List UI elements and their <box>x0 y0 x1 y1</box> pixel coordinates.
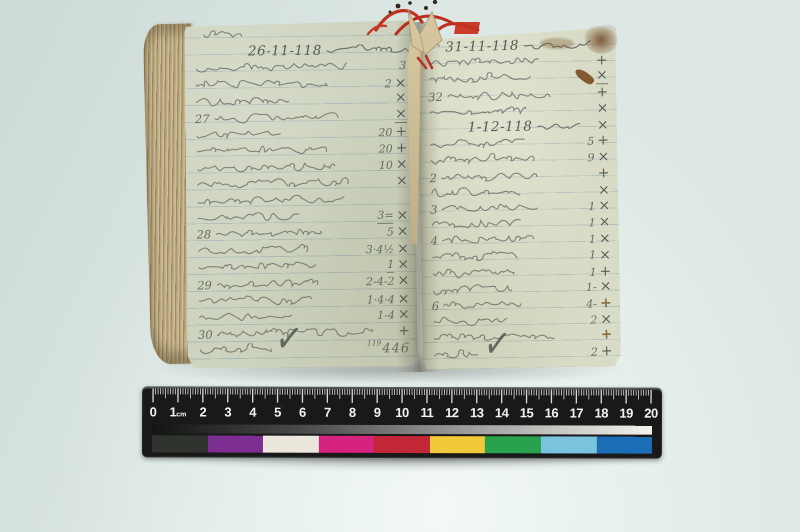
cross-mark: × <box>596 101 608 115</box>
handwritten-script <box>430 217 522 232</box>
ruler-number: 6 <box>299 405 306 420</box>
handwritten-script <box>431 266 515 280</box>
color-patch-9 <box>596 437 652 454</box>
entry-number: 27 <box>195 112 210 126</box>
handwritten-script <box>195 128 282 143</box>
color-patch-7 <box>485 436 541 453</box>
cross-mark: × <box>598 199 610 213</box>
handwritten-script <box>440 201 539 216</box>
color-patch-6 <box>430 436 486 453</box>
ruler-number: 10 <box>395 405 409 420</box>
line-value: 1 <box>589 265 596 278</box>
ruler-number: 12 <box>445 405 459 420</box>
handwritten-script <box>195 94 291 109</box>
cross-mark: × <box>599 215 611 229</box>
ruler-number: 13 <box>470 405 484 420</box>
line-value-group: 1× <box>588 199 610 214</box>
plus-mark: + <box>596 54 608 68</box>
line-value: 2 <box>591 345 598 358</box>
line-value-group: 1+ <box>589 264 611 278</box>
entry-number: 29 <box>197 278 212 292</box>
line-value: 2-4-2 <box>366 274 395 288</box>
line-value-group: 1× <box>589 248 611 262</box>
line-value: 1-4 <box>377 309 395 322</box>
line-value-group: + <box>596 54 608 68</box>
line-value: 10 <box>379 158 393 171</box>
ruler-grayscale-bar <box>152 424 652 434</box>
handwritten-script <box>197 293 313 307</box>
ruler-number: 14 <box>495 405 509 420</box>
cross-mark: × <box>599 232 611 246</box>
ruler-number: 11 <box>421 405 434 420</box>
plus-mark: + <box>598 166 610 180</box>
ruler-number: 16 <box>545 405 559 420</box>
line-value: 20 <box>379 142 393 155</box>
line-value: 1- <box>586 280 597 293</box>
handwritten-script <box>429 152 535 167</box>
handwritten-script <box>428 104 527 120</box>
line-value-group: + <box>600 328 612 342</box>
handwritten-script <box>441 233 536 247</box>
date-heading: 26-11-118 <box>248 43 322 60</box>
plus-mark: + <box>600 296 612 310</box>
plus-mark: + <box>597 134 609 148</box>
color-patch-2 <box>207 435 263 452</box>
color-patch-5 <box>374 436 430 453</box>
line-value: 5 <box>387 225 394 238</box>
handwritten-script <box>198 343 273 357</box>
handwritten-script <box>197 260 318 275</box>
handwritten-script <box>429 136 528 151</box>
ruler-unit-label: cm <box>176 411 186 418</box>
entry-number: 28 <box>196 228 211 242</box>
ruler-number: 19 <box>619 406 633 421</box>
line-value-group: × <box>596 69 608 85</box>
plus-mark: + <box>601 344 613 358</box>
plus-mark: + <box>596 85 608 99</box>
handwritten-script <box>431 250 519 265</box>
color-patch-1 <box>152 435 208 452</box>
ruler-number: 9 <box>374 405 381 420</box>
line-value: 1·4·4 <box>367 293 395 306</box>
ruler-number: 17 <box>570 405 584 420</box>
date-heading: 1-12-118 <box>468 118 533 135</box>
line-value-group: + <box>598 166 610 180</box>
handwriting-line: ✓119446 <box>198 340 410 358</box>
line-value-group: × <box>597 118 609 132</box>
line-value: 3·4½ <box>366 243 394 256</box>
handwritten-script <box>442 298 523 312</box>
cross-mark: × <box>599 248 611 262</box>
line-value: 3= <box>377 208 393 223</box>
ruler-number: 2 <box>199 404 206 419</box>
photo-scene: 26-11-11832××27×20+20+10××3=×285×3·4½×1×… <box>0 0 800 532</box>
line-value: 20 <box>378 125 392 138</box>
handwritten-script <box>194 60 348 76</box>
line-value-group: + <box>596 85 608 99</box>
line-value: 1 <box>589 216 596 229</box>
checkmark: ✓ <box>273 319 305 363</box>
plus-mark: + <box>600 328 612 342</box>
handwritten-script <box>431 282 512 297</box>
ruler-number: 0 <box>150 404 157 419</box>
handwritten-script <box>430 185 522 199</box>
line-value-group: 2× <box>590 313 612 327</box>
cross-mark: × <box>597 118 609 132</box>
binding-thread-icon <box>338 0 498 80</box>
handwritten-script <box>535 119 581 133</box>
line-value: 1 <box>589 248 596 261</box>
ruler-number-row: 01cm234567891011121314151617181920 <box>142 404 662 421</box>
entry-number: 30 <box>198 328 213 342</box>
superscript-value: 119 <box>367 338 381 347</box>
line-value-group: 9× <box>587 150 609 164</box>
handwritten-script <box>215 276 319 292</box>
line-value-group: × <box>596 101 608 115</box>
cross-mark: × <box>600 279 612 293</box>
cross-mark: × <box>600 313 612 327</box>
checkmark: ✓ <box>482 323 513 367</box>
ruler-number: 3 <box>224 405 231 420</box>
ruler-number: 8 <box>349 405 356 420</box>
color-patch-8 <box>541 436 597 453</box>
handwritten-script <box>196 176 350 192</box>
line-value: 5 <box>587 135 594 148</box>
ruler-number: 18 <box>594 406 608 421</box>
line-value-group: × <box>598 183 610 197</box>
handwritten-script <box>446 87 552 103</box>
handwritten-script <box>202 28 244 41</box>
handwritten-script <box>212 110 341 126</box>
line-value-group: 1× <box>589 232 611 246</box>
cross-mark: × <box>596 69 608 85</box>
handwritten-script <box>194 77 327 91</box>
ruler-number: 15 <box>520 405 534 420</box>
line-value-group: 1× <box>589 215 611 229</box>
handwritten-script <box>196 210 300 224</box>
handwritten-script <box>440 168 539 184</box>
line-value: 2 <box>590 313 597 326</box>
line-value: 9 <box>587 151 594 164</box>
ruler-number: 20 <box>644 406 658 421</box>
cross-mark: × <box>598 183 610 197</box>
ruler-number: 1cm <box>169 404 186 419</box>
plus-mark: + <box>599 264 611 278</box>
measuring-ruler: 01cm234567891011121314151617181920 <box>142 386 662 458</box>
ruler-number: 4 <box>249 405 256 420</box>
ruler-number: 7 <box>324 405 331 420</box>
handwritten-script <box>196 193 346 210</box>
handwritten-script <box>195 143 328 158</box>
line-value-group: 4-+ <box>586 296 612 310</box>
ruler-color-calibration-patches <box>152 435 652 453</box>
line-value: 1 <box>387 258 394 273</box>
color-patch-3 <box>263 436 319 453</box>
color-patch-4 <box>319 436 375 453</box>
line-value-group: 5+ <box>587 134 609 149</box>
ink-smudge <box>540 38 574 49</box>
line-value: 4- <box>586 297 597 310</box>
handwritten-script <box>197 243 309 257</box>
handwritten-script <box>214 227 322 242</box>
line-value: 1 <box>588 199 595 212</box>
ruler-number: 5 <box>274 405 281 420</box>
line-value-group: 1-× <box>586 279 612 294</box>
line-value: 1 <box>589 233 596 246</box>
line-value-group: 2+ <box>591 344 613 359</box>
cross-mark: × <box>597 150 609 164</box>
